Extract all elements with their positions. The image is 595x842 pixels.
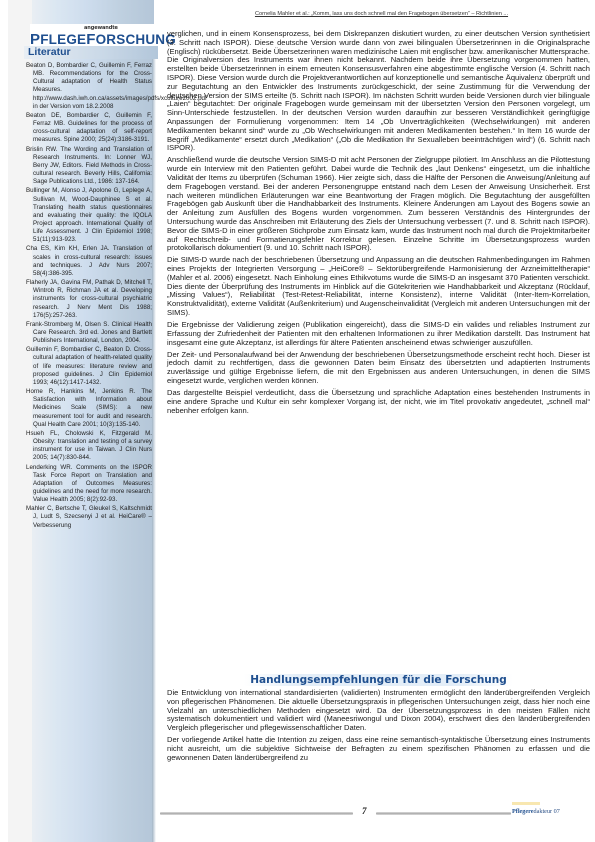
reference-item: Flaherly JA, Gavina FM, Pathak D, Mitche… <box>26 279 152 320</box>
article-body: verglichen, und in einem Konsensprozess,… <box>167 30 590 419</box>
body-paragraph: Der vorliegende Artikel hatte die Intent… <box>167 736 590 762</box>
reference-item: Beaton D, Bombardier C, Guillemin F, Fer… <box>26 62 152 111</box>
reference-item: Bullinger M, Alonso J, Apolone G, Lepleg… <box>26 187 152 244</box>
footer-rule-left <box>160 812 353 815</box>
body-paragraph: Die SIMS-D wurde nach der beschriebenen … <box>167 256 590 318</box>
journal-name-bold: Pflegere <box>512 808 534 815</box>
section-heading: Handlungsempfehlungen für die Forschung <box>167 674 590 686</box>
literatur-heading: Literatur <box>28 46 71 58</box>
brand-text-2: ORSCHUNG <box>96 32 176 47</box>
reference-item: Frank-Stromberg M, Olsen S. Clinical Hea… <box>26 321 152 345</box>
brand-text-1: FLEGE <box>40 32 86 47</box>
section-heading-text: Handlungsempfehlungen für die Forschung <box>244 674 513 686</box>
reference-item: Lenderking WR. Comments on the ISPOR Tas… <box>26 464 152 505</box>
sidebar-edge-shadow <box>152 30 156 842</box>
journal-accent-mark <box>512 802 540 805</box>
reference-item: Mahler C, Bertsche T, Gleukel S, Kaltsch… <box>26 505 152 529</box>
body-paragraph: Das dargestellte Beispiel verdeutlicht, … <box>167 389 590 415</box>
footer-rule-right <box>376 812 511 815</box>
reference-list: Beaton D, Bombardier C, Guillemin F, Fer… <box>26 62 152 531</box>
body-paragraph: Anschließend wurde die deutsche Version … <box>167 156 590 253</box>
reference-item: Cha ES, Kim KH, Erlen JA. Translation of… <box>26 245 152 278</box>
body-paragraph: Die Ergebnisse der Validierung zeigen (P… <box>167 321 590 347</box>
body-paragraph: verglichen, und in einem Konsensprozess,… <box>167 30 590 153</box>
page-number: 7 <box>362 806 367 816</box>
reference-item: Guillemin F, Bombardier C, Beaton D. Cro… <box>26 346 152 387</box>
reference-item: Hsueh FL, Cholowski K, Fitzgerald M. Obe… <box>26 430 152 463</box>
body-paragraph: Die Entwicklung von international standa… <box>167 689 590 733</box>
body-paragraph: Der Zeit- und Personalaufwand bei der An… <box>167 351 590 386</box>
running-header: Cornelia Mahler et al.: „Komm, lass uns … <box>168 11 595 17</box>
reference-item: Brislin RW. The Wording and Translation … <box>26 146 152 187</box>
journal-name-rest: dakteur 07 <box>534 808 560 815</box>
section-body: Die Entwicklung von international standa… <box>167 689 590 766</box>
reference-item: Horne R, Hankins M, Jenkins R. The Satis… <box>26 388 152 429</box>
reference-item: Beaton DE, Bombardier C, Guillemin F, Fe… <box>26 112 152 145</box>
journal-footer-name: Pflegeredakteur 07 <box>512 808 560 815</box>
